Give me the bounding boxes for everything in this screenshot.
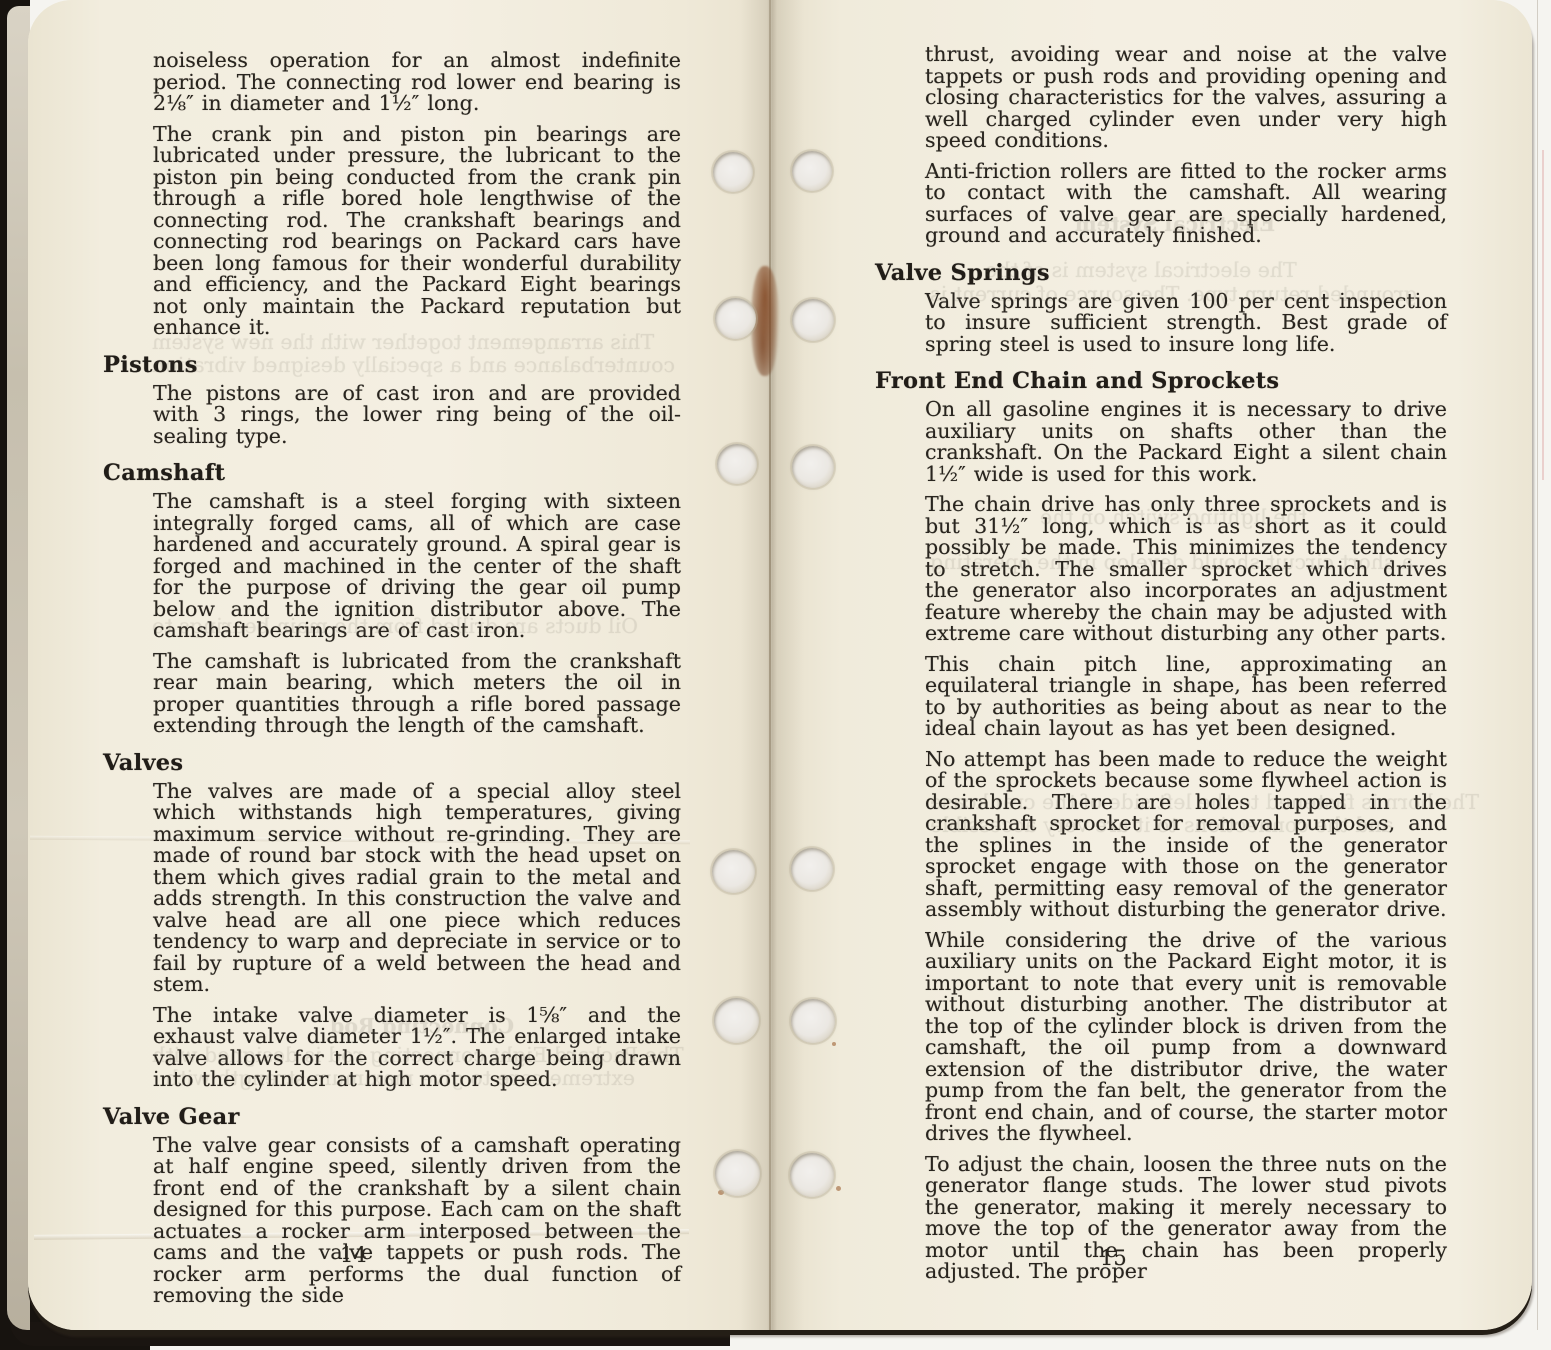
punch-hole bbox=[715, 1151, 760, 1196]
show-through-text: Oil ducts are drilled from the main bear… bbox=[152, 614, 638, 638]
rust-speck bbox=[836, 1186, 841, 1191]
punch-hole bbox=[792, 151, 832, 191]
show-through-text: the lighting switch on the bbox=[1040, 505, 1307, 529]
paragraph: The crank pin and piston pin bearings ar… bbox=[153, 124, 681, 339]
paragraph: On all gasoline engines it is necessary … bbox=[925, 399, 1447, 485]
paragraph: The valve gear consists of a camshaft op… bbox=[153, 1135, 681, 1307]
punch-hole bbox=[792, 299, 834, 341]
paragraph: noiseless operation for an almost indefi… bbox=[153, 50, 681, 115]
punch-hole bbox=[714, 998, 759, 1043]
book-gutter-shadow bbox=[740, 0, 804, 1330]
page-right-edge-line bbox=[1537, 0, 1538, 1330]
show-through-text: Connecting Rod bbox=[330, 1014, 514, 1038]
punch-hole bbox=[712, 850, 755, 893]
show-through-text: The horn is fastened to the left side of… bbox=[930, 790, 1479, 814]
page-stack-edge bbox=[7, 6, 30, 1330]
show-through-text: counterbalance and a specially designed … bbox=[152, 353, 675, 377]
show-through-text: and the connections to it are very acces… bbox=[930, 813, 1394, 837]
show-through-text: a short circuit should develop in the op… bbox=[930, 550, 1413, 574]
paragraph: The camshaft is lubricated from the cran… bbox=[153, 651, 681, 737]
paragraph: While considering the drive of the vario… bbox=[925, 930, 1447, 1145]
punch-hole bbox=[790, 1153, 834, 1197]
show-through-text: Electrical System bbox=[1075, 212, 1275, 236]
punch-hole bbox=[715, 298, 756, 339]
paragraph: thrust, avoiding wear and noise at the v… bbox=[925, 44, 1447, 152]
show-through-text: grounded return type. The source of curr… bbox=[930, 282, 1417, 306]
show-through-text: extreme care to give maximum strength wi… bbox=[165, 1066, 635, 1090]
paragraph: The valves are made of a special alloy s… bbox=[153, 781, 681, 996]
rust-speck bbox=[832, 1042, 836, 1046]
punch-hole bbox=[717, 444, 757, 484]
punch-hole bbox=[791, 999, 835, 1043]
scanned-page-spread: noiseless operation for an almost indefi… bbox=[0, 0, 1551, 1350]
show-through-text: The Packard Eight connecting rod is desi… bbox=[152, 1043, 684, 1067]
punch-hole bbox=[792, 446, 834, 488]
section-heading-camshaft: Camshaft bbox=[103, 461, 681, 485]
punch-hole bbox=[791, 848, 833, 890]
section-heading-valve-gear: Valve Gear bbox=[103, 1105, 681, 1129]
left-page-text-column: noiseless operation for an almost indefi… bbox=[103, 50, 681, 1316]
scan-artifact-line bbox=[1542, 150, 1544, 480]
paragraph: To adjust the chain, loosen the three nu… bbox=[925, 1154, 1447, 1283]
punch-hole bbox=[713, 152, 753, 192]
show-through-text: This arrangement together with the new s… bbox=[152, 330, 654, 354]
page-number-left: 14 bbox=[340, 1243, 367, 1267]
show-through-text: The electrical system is of the bbox=[985, 258, 1297, 282]
section-heading-front-end-chain-and-sprockets: Front End Chain and Sprockets bbox=[875, 369, 1447, 393]
paragraph: This chain pitch line, approximating an … bbox=[925, 654, 1447, 740]
paragraph: The pistons are of cast iron and are pro… bbox=[153, 383, 681, 448]
section-heading-valves: Valves bbox=[103, 751, 681, 775]
page-number-right: 15 bbox=[1100, 1246, 1127, 1270]
book-gutter-crease bbox=[769, 0, 771, 1330]
